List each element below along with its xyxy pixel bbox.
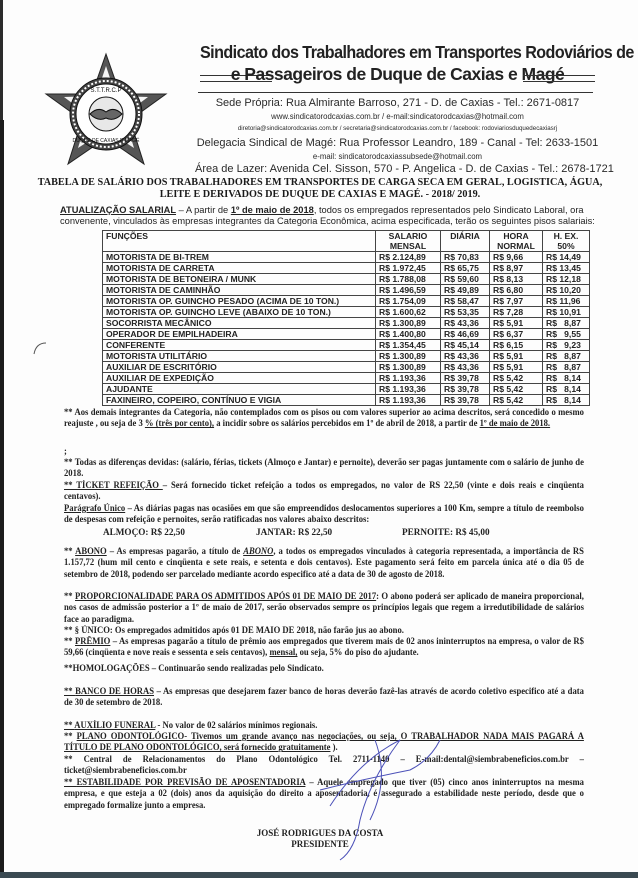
estabilidade-label: ESTABILIDADE POR PREVISÃO DE APOSENTADOR… [77, 777, 306, 787]
union-name-line1: Sindicato dos Trabalhadores em Transport… [200, 42, 568, 63]
cell-funcao: AJUDANTE [103, 384, 376, 395]
clause-premio: ** PRÊMIO – As empresas pagarão a título… [64, 636, 584, 659]
salary-table-row: AUXILIAR DE ESCRITÓRIOR$ 1.300,89R$ 43,3… [103, 362, 590, 373]
estabilidade-stars: ** [64, 777, 77, 787]
cell-diaria: R$ 39,78 [441, 395, 490, 406]
svg-text:S.T.T.R.C.P: S.T.T.R.C.P [90, 88, 121, 94]
cell-hora-extra: R$ 11,96 [543, 296, 590, 307]
cell-hora: R$ 8,97 [490, 263, 543, 274]
clause-abono: ** ABONO – As empresas pagarão, a título… [64, 546, 584, 580]
document-title-line2: LEITE E DERIVADOS DE DUQUE DE CAXIAS E M… [20, 189, 620, 201]
intro-label: ATUALIZAÇÃO SALARIAL [60, 205, 176, 215]
demais-text-b: a incidir sobre os salários percebidos e… [214, 418, 479, 428]
union-seal-logo-icon: S.T.T.R.C.P DUQUE DE CAXIAS E MAGÉ [36, 52, 176, 178]
premio-stars: ** [64, 636, 75, 646]
cell-funcao: MOTORISTA DE BETONEIRA / MUNK [103, 274, 376, 285]
header-salario-line2: MENSAL [390, 241, 426, 251]
cell-hora: R$ 6,37 [490, 329, 543, 340]
cell-funcao: OPERADOR DE EMPILHADEIRA [103, 329, 376, 340]
clause-ticket: ** TÍCKET REFEIÇÃO – Será fornecido tick… [64, 480, 584, 503]
abono-text-a: – As empresas pagarão, a título de [107, 546, 243, 556]
abono-stars: ** [64, 546, 75, 556]
clause-proporcionalidade: ** PROPORCIONALIDADE PARA OS ADMITIDOS A… [64, 591, 584, 625]
abono-label: ABONO [75, 546, 107, 556]
cell-diaria: R$ 43,36 [441, 351, 490, 362]
cell-funcao: MOTORISTA DE CARRETA [103, 263, 376, 274]
meal-jantar: JANTAR: R$ 22,50 [256, 527, 332, 537]
signatory-role: PRESIDENTE [230, 839, 410, 850]
salary-table-header: FUNÇÕES SALARIOMENSAL DIÁRIA HORANORMAL … [103, 231, 590, 252]
lazer-address: Área de Lazer: Avenida Cel. Sisson, 570 … [195, 163, 600, 175]
sede-address: Sede Própria: Rua Almirante Barroso, 271… [195, 97, 600, 109]
header-salario: SALARIOMENSAL [376, 231, 441, 252]
cell-hora-extra: R$ 10,20 [543, 285, 590, 296]
cell-salario: R$ 1.496,59 [376, 285, 441, 296]
intro-text-a: – A partir de [176, 205, 231, 215]
cell-hora: R$ 5,42 [490, 395, 543, 406]
cell-funcao: MOTORISTA DE CAMINHÃO [103, 285, 376, 296]
salary-table-row: SOCORRISTA MECÂNICOR$ 1.300,89R$ 43,36R$… [103, 318, 590, 329]
cell-salario: R$ 1.788,08 [376, 274, 441, 285]
clause-diferencas: ** Todas as diferenças devidas: (salário… [64, 457, 584, 480]
cell-hora-extra: R$ 14,49 [543, 252, 590, 263]
cell-hora: R$ 5,42 [490, 373, 543, 384]
cell-hora: R$ 9,66 [490, 252, 543, 263]
funeral-stars: ** [64, 720, 74, 730]
cell-salario: R$ 1.972,45 [376, 263, 441, 274]
cell-salario: R$ 1.193,36 [376, 384, 441, 395]
cell-funcao: MOTORISTA DE BI-TREM [103, 252, 376, 263]
cell-hora: R$ 7,28 [490, 307, 543, 318]
cell-diaria: R$ 39,78 [441, 384, 490, 395]
salary-table-row: MOTORISTA DE CARRETAR$ 1.972,45R$ 65,75R… [103, 263, 590, 274]
ticket-label: ** TÍCKET REFEIÇÃO [64, 480, 163, 490]
salary-table-row: AUXILIAR DE EXPEDIÇÃOR$ 1.193,36R$ 39,78… [103, 373, 590, 384]
cell-diaria: R$ 70,83 [441, 252, 490, 263]
header-hora-line1: HORA [503, 231, 528, 241]
salary-table-body: MOTORISTA DE BI-TREMR$ 2.124,89R$ 70,83R… [103, 252, 590, 406]
demais-percent: % (três por cento), [145, 418, 214, 428]
cell-salario: R$ 1.300,89 [376, 362, 441, 373]
cell-salario: R$ 1.300,89 [376, 351, 441, 362]
cell-hora: R$ 5,91 [490, 362, 543, 373]
scan-bottom-edge [0, 872, 638, 878]
cell-funcao: MOTORISTA OP. GUINCHO LEVE (ABAIXO DE 10… [103, 307, 376, 318]
cell-diaria: R$ 45,14 [441, 340, 490, 351]
cell-hora-extra: R$ 12,18 [543, 274, 590, 285]
cell-diaria: R$ 49,89 [441, 285, 490, 296]
cell-hora: R$ 5,91 [490, 351, 543, 362]
cell-salario: R$ 1.193,36 [376, 395, 441, 406]
cell-hora: R$ 6,15 [490, 340, 543, 351]
cell-hora-extra: R$ 9,23 [543, 340, 590, 351]
paragrafo-label: Parágrafo Único [64, 503, 125, 513]
cell-funcao: MOTORISTA OP. GUINCHO PESADO (ACIMA DE 1… [103, 296, 376, 307]
cell-salario: R$ 1.600,62 [376, 307, 441, 318]
semicolon-mark: ; [64, 446, 584, 457]
cell-diaria: R$ 53,35 [441, 307, 490, 318]
header-hex-line2: 50% [557, 241, 574, 251]
cell-hora-extra: R$ 8,87 [543, 351, 590, 362]
delegacia-address: Delegacia Sindical de Magé: Rua Professo… [195, 137, 600, 149]
cell-hora: R$ 7,97 [490, 296, 543, 307]
document-page: S.T.T.R.C.P DUQUE DE CAXIAS E MAGÉ Sindi… [0, 0, 638, 878]
double-rule-right [523, 75, 595, 82]
website-email: www.sindicatorodcaxias.com.br / e-mail:s… [195, 112, 600, 121]
signatory-name: JOSÉ RODRIGUES DA COSTA [230, 828, 410, 839]
salary-table-row: MOTORISTA DE BETONEIRA / MUNKR$ 1.788,08… [103, 274, 590, 285]
cell-funcao: MOTORISTA UTILITÁRIO [103, 351, 376, 362]
cell-diaria: R$ 46,69 [441, 329, 490, 340]
funeral-text: - No valor de 02 salários mínimos region… [155, 720, 317, 730]
scan-edge-shadow [0, 120, 4, 878]
header-funcoes: FUNÇÕES [103, 231, 376, 252]
cell-salario: R$ 2.124,89 [376, 252, 441, 263]
clause-paragrafo-unico-abono: ** § ÚNICO: Os empregados admitidos após… [64, 625, 584, 636]
cell-funcao: FAXINEIRO, COPEIRO, CONTÍNUO E VIGIA [103, 395, 376, 406]
cell-salario: R$ 1.193,36 [376, 373, 441, 384]
cell-funcao: CONFERENTE [103, 340, 376, 351]
contact-emails: diretoria@sindicatorodcaxias.com.br / se… [195, 125, 600, 132]
salary-table-row: MOTORISTA OP. GUINCHO PESADO (ACIMA DE 1… [103, 296, 590, 307]
premio-mensal: mensal, [269, 647, 297, 657]
cell-diaria: R$ 58,47 [441, 296, 490, 307]
cell-hora-extra: R$ 13,45 [543, 263, 590, 274]
header-hora-line2: NORMAL [497, 241, 535, 251]
cell-hora-extra: R$ 8,87 [543, 318, 590, 329]
meal-pernoite: PERNOITE: R$ 45,00 [402, 527, 490, 537]
cell-funcao: AUXILIAR DE EXPEDIÇÃO [103, 373, 376, 384]
banco-label: BANCO DE HORAS [75, 686, 154, 696]
premio-text-b: ou seja, 5% do piso do ajudante. [297, 647, 418, 657]
salary-table-row: AJUDANTER$ 1.193,36R$ 39,78R$ 5,42R$ 8,1… [103, 384, 590, 395]
header-salario-line1: SALARIO [389, 231, 428, 241]
union-name-line2-block: e Passageiros de Duque de Caxias e Magé [200, 64, 595, 90]
clause-banco-horas: ** BANCO DE HORAS – As empresas que dese… [64, 686, 584, 709]
clause-homologacoes: **HOMOLOGAÇÕES – Continuarão sendo reali… [64, 663, 584, 674]
cell-hora: R$ 8,13 [490, 274, 543, 285]
demais-date: 1º de maio de 2018. [480, 418, 551, 428]
proporcionalidade-label: PROPORCIONALIDADE PARA OS ADMITIDOS APÓS… [75, 591, 376, 601]
cell-salario: R$ 1.400,80 [376, 329, 441, 340]
clause-paragrafo-unico: Parágrafo Único – As diárias pagas nas o… [64, 503, 584, 526]
intro-date: 1º de maio de 2018 [231, 205, 314, 215]
cell-hora: R$ 5,91 [490, 318, 543, 329]
abono-emphasis: ABONO [243, 546, 273, 556]
delegacia-email: e-mail: sindicatorodcaxiassubsede@hotmai… [195, 152, 600, 161]
cell-salario: R$ 1.354,45 [376, 340, 441, 351]
salary-table: FUNÇÕES SALARIOMENSAL DIÁRIA HORANORMAL … [102, 230, 590, 406]
cell-funcao: AUXILIAR DE ESCRITÓRIO [103, 362, 376, 373]
banco-stars: ** [64, 686, 75, 696]
binder-mark-icon [32, 340, 48, 356]
salary-update-intro: ATUALIZAÇÃO SALARIAL – A partir de 1º de… [60, 205, 600, 227]
cell-diaria: R$ 39,78 [441, 373, 490, 384]
cell-diaria: R$ 43,36 [441, 362, 490, 373]
funeral-label: AUXÍLIO FUNERAL [74, 720, 155, 730]
header-diaria: DIÁRIA [441, 231, 490, 252]
signatory: JOSÉ RODRIGUES DA COSTA PRESIDENTE [230, 828, 410, 850]
cell-hora-extra: R$ 8,87 [543, 362, 590, 373]
salary-table-row: FAXINEIRO, COPEIRO, CONTÍNUO E VIGIAR$ 1… [103, 395, 590, 406]
document-title-line1: TABELA DE SALÁRIO DOS TRABALHADORES EM T… [20, 177, 620, 189]
svg-text:DUQUE DE CAXIAS E MAGÉ: DUQUE DE CAXIAS E MAGÉ [73, 137, 141, 144]
odonto-stars: ** [64, 731, 77, 741]
cell-hora: R$ 5,42 [490, 384, 543, 395]
cell-hora-extra: R$ 8,14 [543, 395, 590, 406]
cell-hora: R$ 6,80 [490, 285, 543, 296]
cell-hora-extra: R$ 8,14 [543, 373, 590, 384]
meal-almoco: ALMOÇO: R$ 22,50 [103, 527, 185, 537]
salary-table-row: MOTORISTA OP. GUINCHO LEVE (ABAIXO DE 10… [103, 307, 590, 318]
cell-salario: R$ 1.754,09 [376, 296, 441, 307]
cell-diaria: R$ 59,60 [441, 274, 490, 285]
header-rule [198, 92, 593, 93]
cell-hora-extra: R$ 8,14 [543, 384, 590, 395]
header-hex-line1: H. EX. [554, 231, 579, 241]
cell-funcao: SOCORRISTA MECÂNICO [103, 318, 376, 329]
paragrafo-text: – As diárias pagas nas ocasiões em que s… [64, 503, 584, 524]
cell-diaria: R$ 43,36 [441, 318, 490, 329]
cell-salario: R$ 1.300,89 [376, 318, 441, 329]
cell-hora-extra: R$ 9,55 [543, 329, 590, 340]
cell-diaria: R$ 65,75 [441, 263, 490, 274]
clause-demais: ** Aos demais integrantes da Categoria, … [64, 407, 584, 430]
header-hora: HORANORMAL [490, 231, 543, 252]
salary-table-row: CONFERENTER$ 1.354,45R$ 45,14R$ 6,15R$ 9… [103, 340, 590, 351]
premio-label: PRÊMIO [75, 636, 110, 646]
document-title: TABELA DE SALÁRIO DOS TRABALHADORES EM T… [20, 177, 620, 201]
header-hora-extra: H. EX.50% [543, 231, 590, 252]
salary-table-row: MOTORISTA DE CAMINHÃOR$ 1.496,59R$ 49,89… [103, 285, 590, 296]
cell-hora-extra: R$ 10,91 [543, 307, 590, 318]
salary-table-row: OPERADOR DE EMPILHADEIRAR$ 1.400,80R$ 46… [103, 329, 590, 340]
salary-table-row: MOTORISTA DE BI-TREMR$ 2.124,89R$ 70,83R… [103, 252, 590, 263]
prop-stars: ** [64, 591, 75, 601]
salary-table-row: MOTORISTA UTILITÁRIOR$ 1.300,89R$ 43,36R… [103, 351, 590, 362]
